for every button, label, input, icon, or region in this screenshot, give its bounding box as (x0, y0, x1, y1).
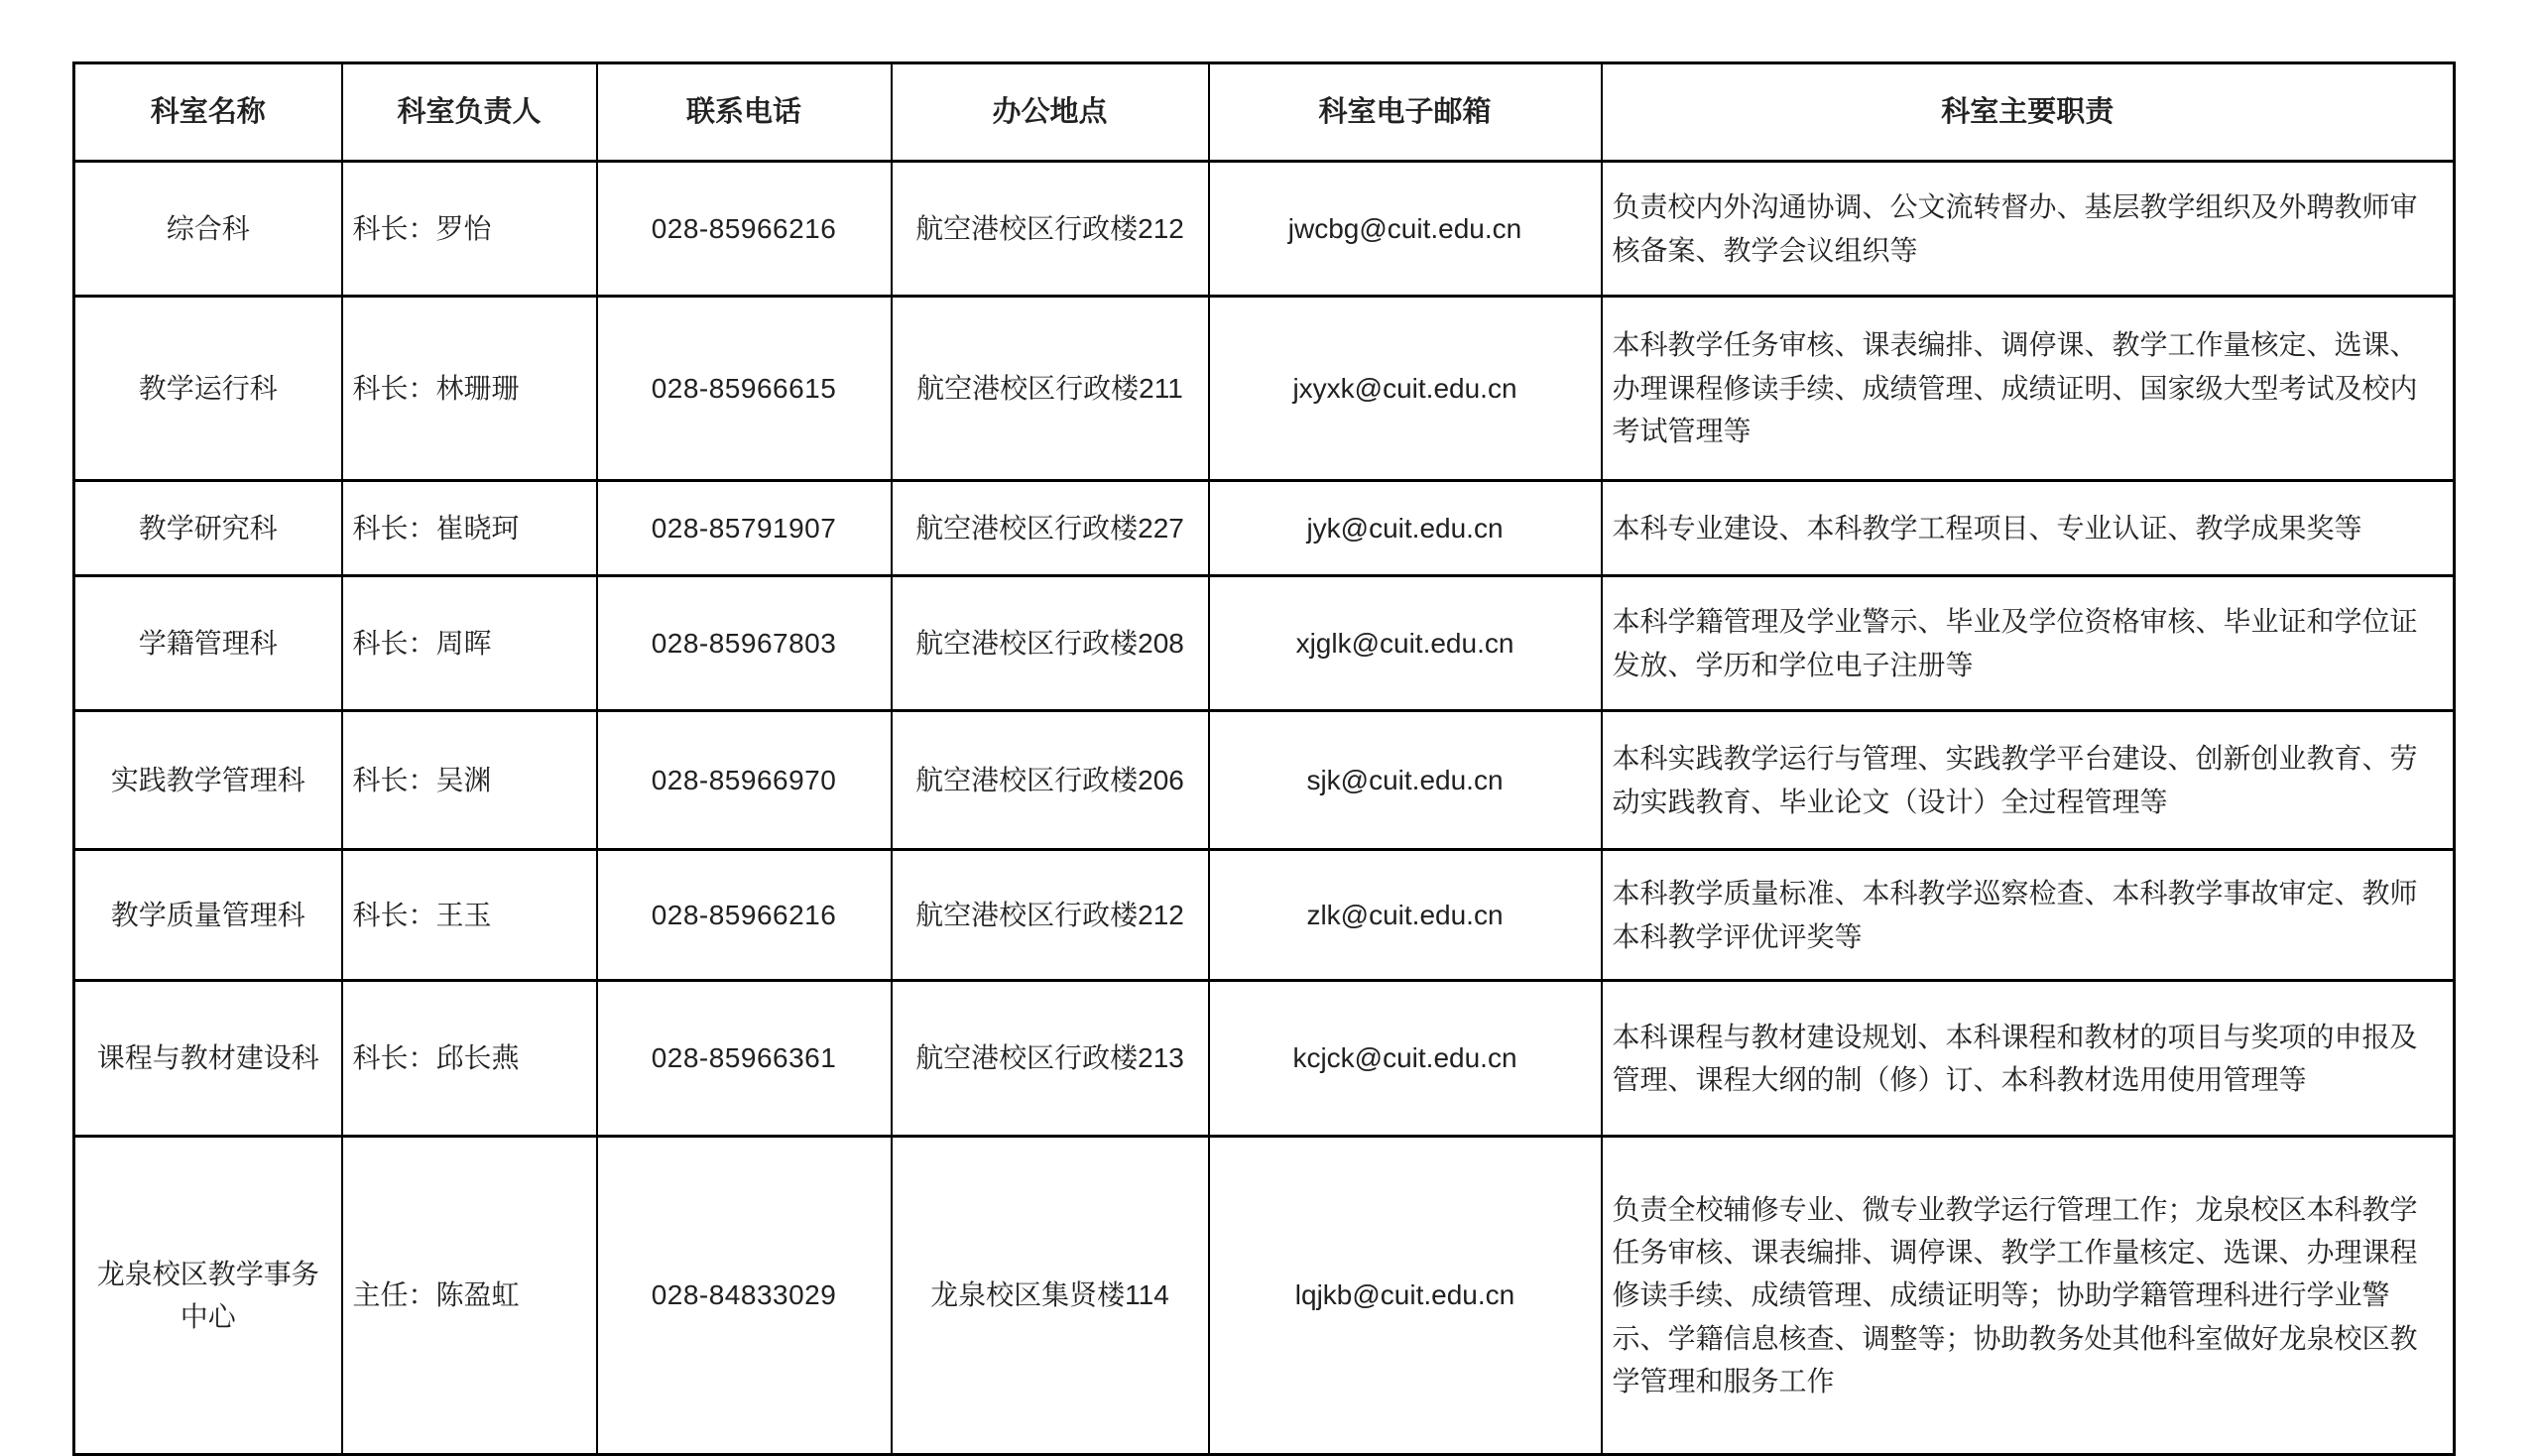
dept-name-cell: 教学质量管理科 (74, 850, 342, 981)
dept-name-cell: 教学运行科 (74, 297, 342, 481)
table-row: 学籍管理科 科长：周晖 028-85967803 航空港校区行政楼208 xjg… (74, 576, 2455, 711)
header-duties: 科室主要职责 (1602, 63, 2455, 162)
office-cell: 航空港校区行政楼212 (892, 850, 1209, 981)
phone-cell: 028-85966970 (597, 711, 892, 850)
header-phone: 联系电话 (597, 63, 892, 162)
office-cell: 航空港校区行政楼208 (892, 576, 1209, 711)
phone-cell: 028-85791907 (597, 481, 892, 576)
dept-name-cell: 课程与教材建设科 (74, 981, 342, 1137)
email-cell: sjk@cuit.edu.cn (1209, 711, 1602, 850)
dept-head-cell: 科长：邱长燕 (342, 981, 597, 1137)
duties-cell: 负责全校辅修专业、微专业教学运行管理工作；龙泉校区本科教学任务审核、课表编排、调… (1602, 1137, 2455, 1455)
dept-head-cell: 科长：王玉 (342, 850, 597, 981)
header-office: 办公地点 (892, 63, 1209, 162)
table-row: 实践教学管理科 科长：吴渊 028-85966970 航空港校区行政楼206 s… (74, 711, 2455, 850)
dept-head-cell: 科长：崔晓珂 (342, 481, 597, 576)
dept-head-cell: 科长：林珊珊 (342, 297, 597, 481)
table-header-row: 科室名称 科室负责人 联系电话 办公地点 科室电子邮箱 科室主要职责 (74, 63, 2455, 162)
duties-cell: 本科学籍管理及学业警示、毕业及学位资格审核、毕业证和学位证发放、学历和学位电子注… (1602, 576, 2455, 711)
duties-cell: 本科教学质量标准、本科教学巡察检查、本科教学事故审定、教师本科教学评优评奖等 (1602, 850, 2455, 981)
phone-cell: 028-85966216 (597, 162, 892, 297)
header-email: 科室电子邮箱 (1209, 63, 1602, 162)
office-cell: 航空港校区行政楼212 (892, 162, 1209, 297)
table-row: 教学质量管理科 科长：王玉 028-85966216 航空港校区行政楼212 z… (74, 850, 2455, 981)
dept-name-cell: 实践教学管理科 (74, 711, 342, 850)
duties-cell: 负责校内外沟通协调、公文流转督办、基层教学组织及外聘教师审核备案、教学会议组织等 (1602, 162, 2455, 297)
departments-table: 科室名称 科室负责人 联系电话 办公地点 科室电子邮箱 科室主要职责 综合科 科… (72, 61, 2456, 1456)
email-cell: xjglk@cuit.edu.cn (1209, 576, 1602, 711)
table-row: 教学研究科 科长：崔晓珂 028-85791907 航空港校区行政楼227 jy… (74, 481, 2455, 576)
phone-cell: 028-85966361 (597, 981, 892, 1137)
email-cell: jxyxk@cuit.edu.cn (1209, 297, 1602, 481)
office-cell: 龙泉校区集贤楼114 (892, 1137, 1209, 1455)
email-cell: lqjkb@cuit.edu.cn (1209, 1137, 1602, 1455)
dept-head-cell: 科长：罗怡 (342, 162, 597, 297)
email-cell: jwcbg@cuit.edu.cn (1209, 162, 1602, 297)
office-cell: 航空港校区行政楼213 (892, 981, 1209, 1137)
office-cell: 航空港校区行政楼227 (892, 481, 1209, 576)
dept-head-cell: 主任：陈盈虹 (342, 1137, 597, 1455)
dept-head-cell: 科长：周晖 (342, 576, 597, 711)
phone-cell: 028-85967803 (597, 576, 892, 711)
phone-cell: 028-85966615 (597, 297, 892, 481)
duties-cell: 本科课程与教材建设规划、本科课程和教材的项目与奖项的申报及管理、课程大纲的制（修… (1602, 981, 2455, 1137)
office-cell: 航空港校区行政楼206 (892, 711, 1209, 850)
table-row: 综合科 科长：罗怡 028-85966216 航空港校区行政楼212 jwcbg… (74, 162, 2455, 297)
table-row: 教学运行科 科长：林珊珊 028-85966615 航空港校区行政楼211 jx… (74, 297, 2455, 481)
dept-head-cell: 科长：吴渊 (342, 711, 597, 850)
document-page: 科室名称 科室负责人 联系电话 办公地点 科室电子邮箱 科室主要职责 综合科 科… (0, 0, 2539, 1428)
dept-name-cell: 龙泉校区教学事务中心 (74, 1137, 342, 1455)
header-dept-name: 科室名称 (74, 63, 342, 162)
phone-cell: 028-85966216 (597, 850, 892, 981)
header-dept-head: 科室负责人 (342, 63, 597, 162)
duties-cell: 本科专业建设、本科教学工程项目、专业认证、教学成果奖等 (1602, 481, 2455, 576)
email-cell: kcjck@cuit.edu.cn (1209, 981, 1602, 1137)
dept-name-cell: 学籍管理科 (74, 576, 342, 711)
email-cell: zlk@cuit.edu.cn (1209, 850, 1602, 981)
duties-cell: 本科教学任务审核、课表编排、调停课、教学工作量核定、选课、办理课程修读手续、成绩… (1602, 297, 2455, 481)
table-row: 课程与教材建设科 科长：邱长燕 028-85966361 航空港校区行政楼213… (74, 981, 2455, 1137)
phone-cell: 028-84833029 (597, 1137, 892, 1455)
email-cell: jyk@cuit.edu.cn (1209, 481, 1602, 576)
office-cell: 航空港校区行政楼211 (892, 297, 1209, 481)
table-row: 龙泉校区教学事务中心 主任：陈盈虹 028-84833029 龙泉校区集贤楼11… (74, 1137, 2455, 1455)
dept-name-cell: 教学研究科 (74, 481, 342, 576)
dept-name-cell: 综合科 (74, 162, 342, 297)
duties-cell: 本科实践教学运行与管理、实践教学平台建设、创新创业教育、劳动实践教育、毕业论文（… (1602, 711, 2455, 850)
